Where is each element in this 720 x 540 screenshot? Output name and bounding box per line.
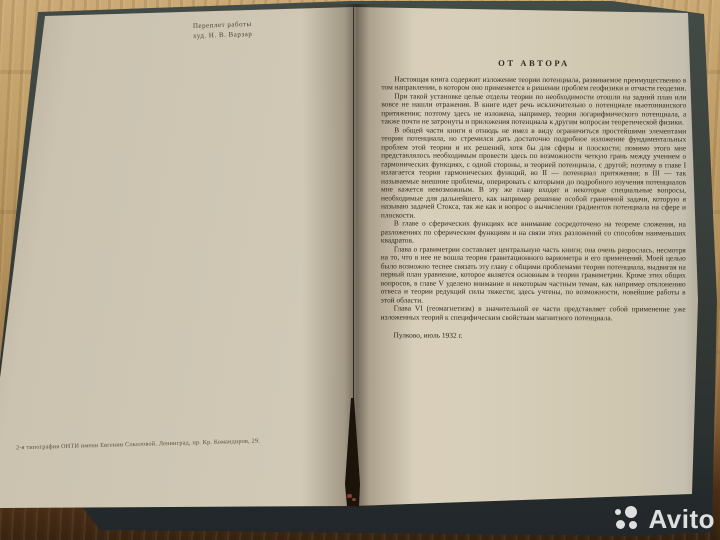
preface-paragraph: В главе о сферических функциях все внима… — [381, 219, 686, 246]
avito-watermark-label: Avito — [648, 506, 715, 533]
preface-signature: Пулково, июль 1932 г. — [381, 331, 686, 341]
preface-paragraph: Глава о гравиметрии составляет центральн… — [381, 245, 686, 306]
avito-logo-dot — [616, 520, 625, 529]
avito-logo-dot — [625, 506, 637, 518]
preface-paragraph: При такой установке целые отделы теории … — [381, 92, 686, 127]
preface-paragraph: В общей части книги я отнюдь не имел в в… — [381, 126, 686, 221]
preface-heading: ОТ АВТОРА — [381, 58, 686, 68]
avito-logo-dot — [629, 521, 637, 529]
preface-paragraph: Глава VI (геомагнетизм) в значительной е… — [381, 304, 686, 322]
avito-logo-icon — [615, 506, 642, 533]
gutter-ribbon-speck — [352, 498, 356, 501]
avito-watermark: Avito — [615, 506, 715, 533]
author-preface: ОТ АВТОРА Настоящая книга содержит излож… — [381, 58, 687, 341]
avito-logo-dot — [615, 509, 621, 515]
preface-paragraph: Настоящая книга содержит изложение теори… — [381, 75, 686, 93]
gutter-ribbon-speck — [347, 494, 352, 498]
